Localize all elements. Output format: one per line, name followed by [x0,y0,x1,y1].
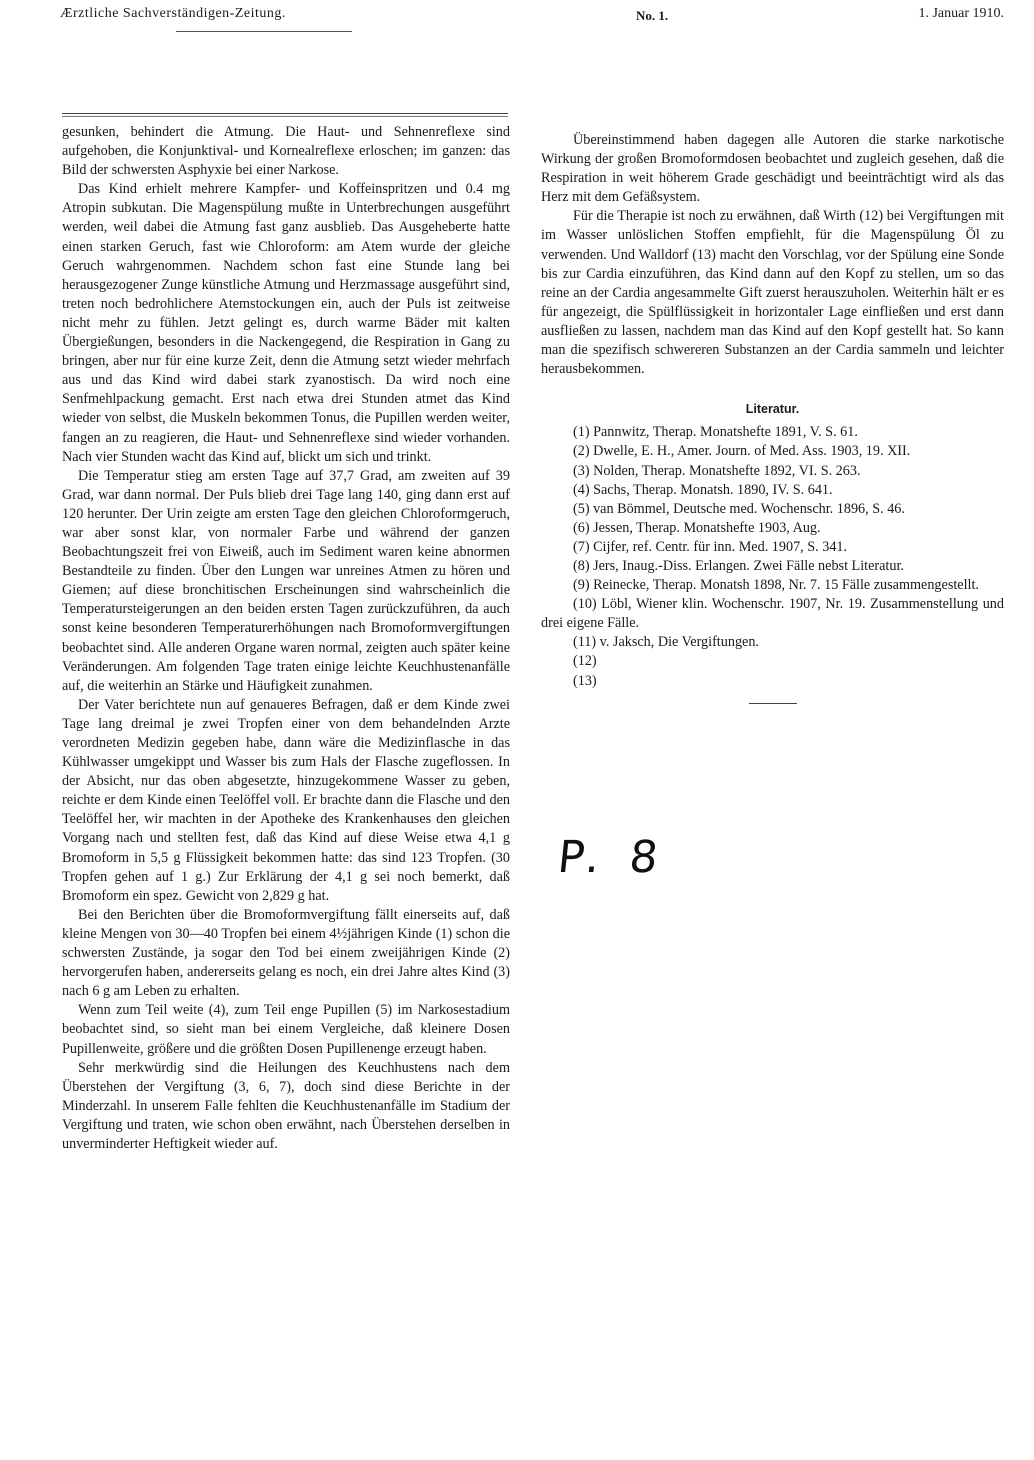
reference-item: (13) [541,672,1004,691]
reference-item: (8) Jers, Inaug.-Diss. Erlangen. Zwei Fä… [541,557,1004,576]
reference-item: (5) van Bömmel, Deutsche med. Wochenschr… [541,500,1004,519]
paragraph: Sehr merkwürdig sind die Heilungen des K… [62,1059,510,1154]
paragraph: Für die Therapie ist noch zu erwähnen, d… [541,207,1004,379]
literature-heading: Literatur. [541,400,1004,419]
journal-title: Ærztliche Sachverständigen-Zeitung. [60,6,286,22]
paragraph: Wenn zum Teil weite (4), zum Teil enge P… [62,1001,510,1058]
reference-item: (11) v. Jaksch, Die Vergiftungen. [541,633,1004,652]
reference-item: (9) Reinecke, Therap. Monatsh 1898, Nr. … [541,576,1004,595]
handwritten-page-note: P. 8 [555,832,668,883]
issue-number: No. 1. [636,8,668,24]
paragraph: gesunken, behindert die Atmung. Die Haut… [62,123,510,180]
paragraph: Der Vater berichtete nun auf genaueres B… [62,696,510,906]
paragraph: Das Kind erhielt mehrere Kampfer- und Ko… [62,180,510,466]
reference-item: (1) Pannwitz, Therap. Monatshefte 1891, … [541,423,1004,442]
literature-list: (1) Pannwitz, Therap. Monatshefte 1891, … [541,423,1004,690]
left-column: gesunken, behindert die Atmung. Die Haut… [62,123,510,1154]
paragraph: Die Temperatur stieg am ersten Tage auf … [62,467,510,696]
reference-item: (3) Nolden, Therap. Monatshefte 1892, VI… [541,462,1004,481]
header-rule [176,31,352,32]
paragraph: Übereinstimmend haben dagegen alle Autor… [541,131,1004,207]
reference-item: (6) Jessen, Therap. Monatshefte 1903, Au… [541,519,1004,538]
reference-item: (4) Sachs, Therap. Monatsh. 1890, IV. S.… [541,481,1004,500]
end-rule [749,703,797,704]
right-column: Übereinstimmend haben dagegen alle Autor… [541,131,1004,704]
reference-item: (12) [541,652,1004,671]
reference-item: (2) Dwelle, E. H., Amer. Journ. of Med. … [541,442,1004,461]
reference-item: (10) Löbl, Wiener klin. Wochenschr. 1907… [541,595,1004,633]
running-header: Ærztliche Sachverständigen-Zeitung. No. … [60,4,1004,28]
reference-item: (7) Cijfer, ref. Centr. für inn. Med. 19… [541,538,1004,557]
column-top-rule [62,113,508,117]
issue-date: 1. Januar 1910. [918,6,1004,22]
paragraph: Bei den Berichten über die Bromoformverg… [62,906,510,1001]
